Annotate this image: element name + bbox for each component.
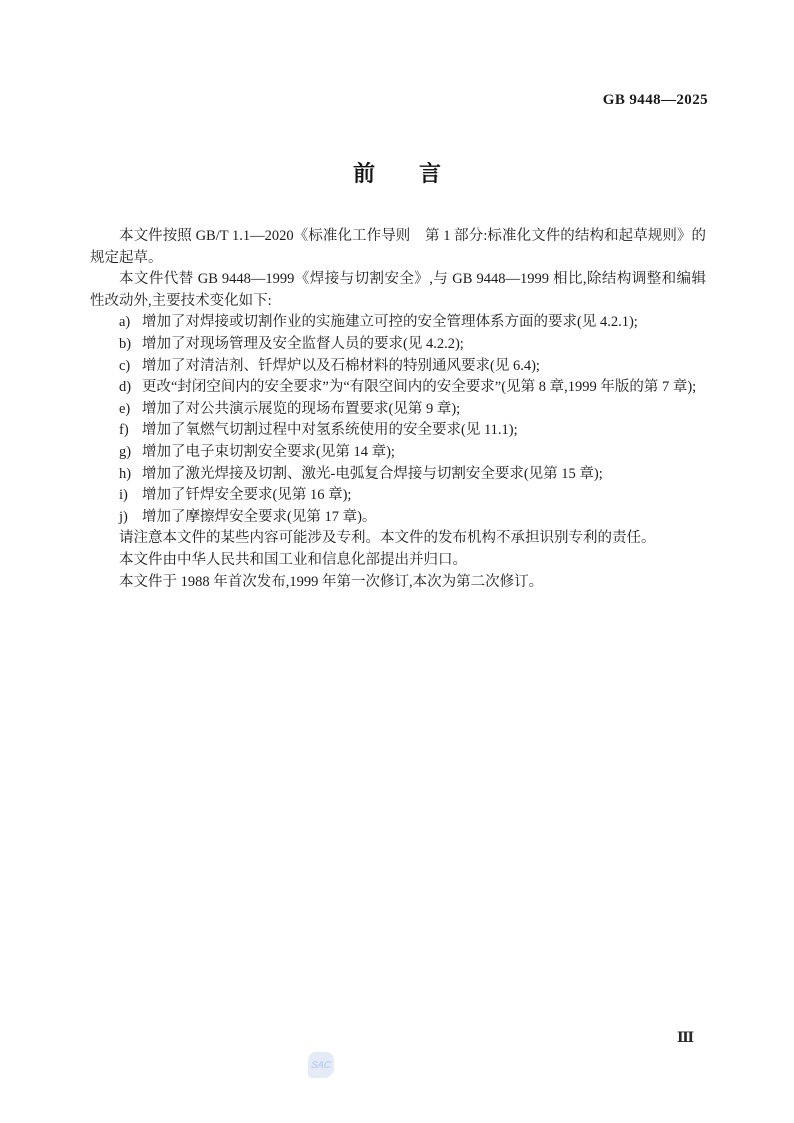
list-item: e) 增加了对公共演示展览的现场布置要求(见第 9 章); xyxy=(90,399,706,421)
list-item-text: 增加了激光焊接及切割、激光-电弧复合焊接与切割安全要求(见第 15 章); xyxy=(142,464,706,486)
paragraph-revision-history: 本文件于 1988 年首次发布,1999 年第一次修订,本次为第二次修订。 xyxy=(90,572,706,594)
list-item-text: 增加了氧燃气切割过程中对氢系统使用的安全要求(见 11.1); xyxy=(142,420,706,442)
paragraph-drafting: 本文件按照 GB/T 1.1—2020《标准化工作导则 第 1 部分:标准化文件… xyxy=(90,226,706,269)
list-item-marker: f) xyxy=(119,420,142,442)
sac-watermark-text: SAC xyxy=(311,1060,331,1071)
paragraph-replacement: 本文件代替 GB 9448—1999《焊接与切割安全》,与 GB 9448—19… xyxy=(90,269,706,312)
list-item-text: 增加了对现场管理及安全监督人员的要求(见 4.2.2); xyxy=(142,334,706,356)
list-item-text: 增加了摩擦焊安全要求(见第 17 章)。 xyxy=(142,507,706,529)
list-item: g) 增加了电子束切割安全要求(见第 14 章); xyxy=(90,442,706,464)
list-item-text: 增加了对清洁剂、钎焊炉以及石棉材料的特别通风要求(见 6.4); xyxy=(142,356,706,378)
standard-number: GB 9448—2025 xyxy=(0,92,708,109)
foreword-body: 本文件按照 GB/T 1.1—2020《标准化工作导则 第 1 部分:标准化文件… xyxy=(90,226,706,593)
list-item-marker: i) xyxy=(119,485,142,507)
page-number: Ⅲ xyxy=(677,1030,694,1047)
list-item-marker: b) xyxy=(119,334,142,356)
list-item: j) 增加了摩擦焊安全要求(见第 17 章)。 xyxy=(90,507,706,529)
list-item-marker: d) xyxy=(119,377,142,399)
sac-watermark-logo: SAC xyxy=(308,1052,334,1078)
list-item: c) 增加了对清洁剂、钎焊炉以及石棉材料的特别通风要求(见 6.4); xyxy=(90,356,706,378)
list-item: b) 增加了对现场管理及安全监督人员的要求(见 4.2.2); xyxy=(90,334,706,356)
list-item-text: 增加了对焊接或切割作业的实施建立可控的安全管理体系方面的要求(见 4.2.1); xyxy=(142,312,706,334)
list-item: i) 增加了钎焊安全要求(见第 16 章); xyxy=(90,485,706,507)
list-item-text: 增加了钎焊安全要求(见第 16 章); xyxy=(142,485,706,507)
list-item-text: 更改“封闭空间内的安全要求”为“有限空间内的安全要求”(见第 8 章,1999 … xyxy=(142,377,706,399)
list-item: h) 增加了激光焊接及切割、激光-电弧复合焊接与切割安全要求(见第 15 章); xyxy=(90,464,706,486)
document-page: GB 9448—2025 前 言 本文件按照 GB/T 1.1—2020《标准化… xyxy=(0,0,794,1123)
paragraph-patent-notice: 请注意本文件的某些内容可能涉及专利。本文件的发布机构不承担识别专利的责任。 xyxy=(90,528,706,550)
paragraph-issuing-body: 本文件由中华人民共和国工业和信息化部提出并归口。 xyxy=(90,550,706,572)
change-list: a) 增加了对焊接或切割作业的实施建立可控的安全管理体系方面的要求(见 4.2.… xyxy=(90,312,706,528)
list-item-marker: h) xyxy=(119,464,142,486)
list-item-marker: g) xyxy=(119,442,142,464)
list-item-marker: e) xyxy=(119,399,142,421)
list-item-text: 增加了对公共演示展览的现场布置要求(见第 9 章); xyxy=(142,399,706,421)
list-item-marker: a) xyxy=(119,312,142,334)
list-item: d) 更改“封闭空间内的安全要求”为“有限空间内的安全要求”(见第 8 章,19… xyxy=(90,377,706,399)
list-item: a) 增加了对焊接或切割作业的实施建立可控的安全管理体系方面的要求(见 4.2.… xyxy=(90,312,706,334)
page-title: 前 言 xyxy=(0,157,794,188)
list-item-text: 增加了电子束切割安全要求(见第 14 章); xyxy=(142,442,706,464)
list-item: f) 增加了氧燃气切割过程中对氢系统使用的安全要求(见 11.1); xyxy=(90,420,706,442)
list-item-marker: c) xyxy=(119,356,142,378)
list-item-marker: j) xyxy=(119,507,142,529)
